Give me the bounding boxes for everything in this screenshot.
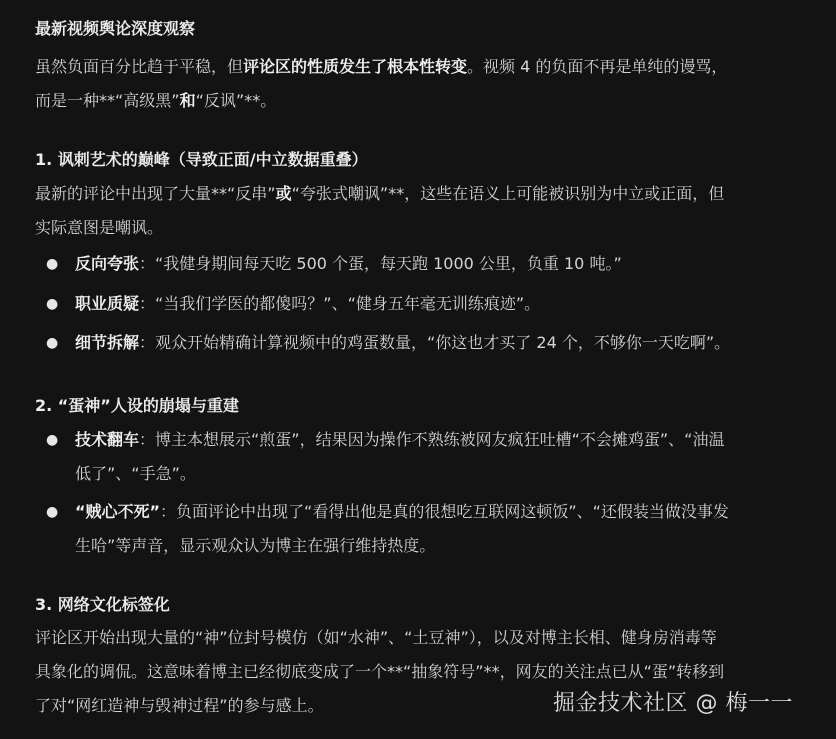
intro-emphasis: 评论区的性质发生了根本性转变 [243, 57, 467, 76]
section-1-line-2: 实际意图是嘲讽。 [35, 211, 724, 245]
list-item-text: ：“当我们学医的都傻吗？”、“健身五年毫无训练痕迹”。 [139, 294, 540, 313]
section-1-line-1: 最新的评论中出现了大量**“反串”或“夸张式嘲讽”**，这些在语义上可能被识别为… [35, 177, 724, 211]
paragraph-emphasis: 或 [276, 184, 292, 203]
list-item-text: ：观众开始精确计算视频中的鸡蛋数量，“你这也才买了 24 个，不够你一天吃啊”。 [139, 333, 730, 352]
watermark: 掘金技术社区 @ 梅一一 [553, 686, 793, 717]
list-item-text: 生哈”等声音，显示观众认为博主在强行维持热度。 [75, 529, 729, 563]
list-item-label: 细节拆解 [75, 333, 139, 352]
list-item-label: “贼心不死” [75, 502, 160, 521]
paragraph-text: “夸张式嘲讽”**，这些在语义上可能被识别为中立或正面，但 [292, 184, 725, 203]
list-item-label: 职业质疑 [75, 294, 139, 313]
page-title: 最新视频舆论深度观察 [35, 16, 195, 39]
list-item-text: 低了”、“手急”。 [75, 457, 724, 491]
section-3-line-2: 具象化的调侃。这意味着博主已经彻底变成了一个**“抽象符号”**，网友的关注点已… [35, 655, 724, 689]
list-item-text: ：博主本想展示“煎蛋”，结果因为操作不熟练被网友疯狂吐槽“不会摊鸡蛋”、“油温 [139, 430, 724, 449]
intro-text: 虽然负面百分比趋于平稳，但 [35, 57, 243, 76]
list-item-label: 反向夸张 [75, 254, 139, 273]
intro-paragraph: 虽然负面百分比趋于平稳，但评论区的性质发生了根本性转变。视频 4 的负面不再是单… [35, 50, 727, 118]
list-item-text: ：负面评论中出现了“看得出他是真的很想吃互联网这顿饭”、“还假装当做没事发 [160, 502, 729, 521]
bullet-icon: ● [46, 495, 52, 529]
bullet-icon: ● [46, 326, 52, 360]
section-1-paragraph: 最新的评论中出现了大量**“反串”或“夸张式嘲讽”**，这些在语义上可能被识别为… [35, 177, 724, 245]
paragraph-text: 最新的评论中出现了大量**“反串” [35, 184, 276, 203]
intro-text: 而是一种**“高级黑” [35, 91, 180, 110]
intro-line-1: 虽然负面百分比趋于平稳，但评论区的性质发生了根本性转变。视频 4 的负面不再是单… [35, 50, 727, 84]
bullet-icon: ● [46, 423, 52, 457]
section-3-heading: 3. 网络文化标签化 [35, 592, 170, 615]
bullet-icon: ● [46, 247, 52, 281]
section-2-heading: 2. “蛋神”人设的崩塌与重建 [35, 393, 239, 416]
section-1-heading: 1. 讽刺艺术的巅峰（导致正面/中立数据重叠） [35, 147, 368, 170]
intro-text: “反讽”**。 [196, 91, 277, 110]
list-item-text: ：“我健身期间每天吃 500 个蛋，每天跑 1000 公里，负重 10 吨。” [139, 254, 622, 273]
section-3-line-1: 评论区开始出现大量的“神”位封号模仿（如“水神”、“土豆神”），以及对博主长相、… [35, 621, 724, 655]
intro-text: 。视频 4 的负面不再是单纯的谩骂， [467, 57, 727, 76]
intro-emphasis: 和 [180, 91, 196, 110]
intro-line-2: 而是一种**“高级黑”和“反讽”**。 [35, 84, 727, 118]
list-item-label: 技术翻车 [75, 430, 139, 449]
bullet-icon: ● [46, 287, 52, 321]
